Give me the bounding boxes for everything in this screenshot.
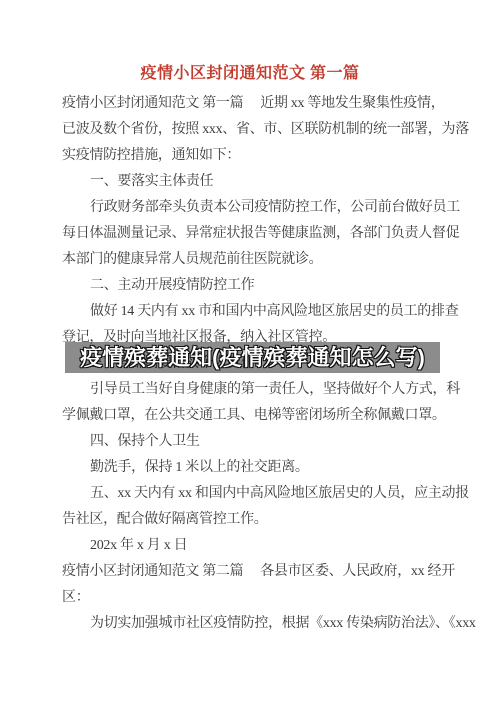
document-line: 疫情小区封闭通知范文 第一篇 近期 xx 等地发生聚集性疫情， [62, 91, 438, 117]
document-line: 做好 14 天内有 xx 市和国内中高风险地区旅居史的员工的排查 [62, 299, 438, 325]
document-line: 二、主动开展疫情防控工作 [62, 273, 438, 299]
watermark-title: 疫情殡葬通知(疫情殡葬通知怎么写) [80, 347, 425, 369]
document-line: 区： [62, 585, 438, 611]
document-title: 疫情小区封闭通知范文 第一篇 [0, 60, 500, 83]
document-line: 行政财务部牵头负责本公司疫情防控工作，公司前台做好员工 [62, 195, 438, 221]
document-line: 202x 年 x 月 x 日 [62, 533, 438, 559]
document-line: 五、xx 天内有 xx 和国内中高风险地区旅居史的人员，应主动报 [62, 481, 438, 507]
document-line: 已波及数个省份，按照 xxx、省、市、区联防机制的统一部署，为落 [62, 117, 438, 143]
document-line: 为切实加强城市社区疫情防控，根据《xxx 传染病防治法》、《xxx [62, 611, 438, 637]
document-line: 四、保持个人卫生 [62, 429, 438, 455]
document-page: 疫情小区封闭通知范文 第一篇 疫情小区封闭通知范文 第一篇 近期 xx 等地发生… [0, 0, 500, 706]
document-line: 引导员工当好自身健康的第一责任人，坚持做好个人方式，科 [62, 377, 438, 403]
document-line: 本部门的健康异常人员规范前往医院就诊。 [62, 247, 438, 273]
document-line: 实疫情防控措施，通知如下： [62, 143, 438, 169]
document-line: 每日体温测量记录、异常症状报告等健康监测，各部门负责人督促 [62, 221, 438, 247]
document-line: 一、要落实主体责任 [62, 169, 438, 195]
document-line: 告社区，配合做好隔离管控工作。 [62, 507, 438, 533]
document-line: 勤洗手，保持 1 米以上的社交距离。 [62, 455, 438, 481]
watermark-overlay-band: 疫情殡葬通知(疫情殡葬通知怎么写) [65, 342, 440, 373]
document-line: 学佩戴口罩，在公共交通工具、电梯等密闭场所全称佩戴口罩。 [62, 403, 438, 429]
document-line: 疫情小区封闭通知范文 第二篇 各县市区委、人民政府，xx 经开 [62, 559, 438, 585]
